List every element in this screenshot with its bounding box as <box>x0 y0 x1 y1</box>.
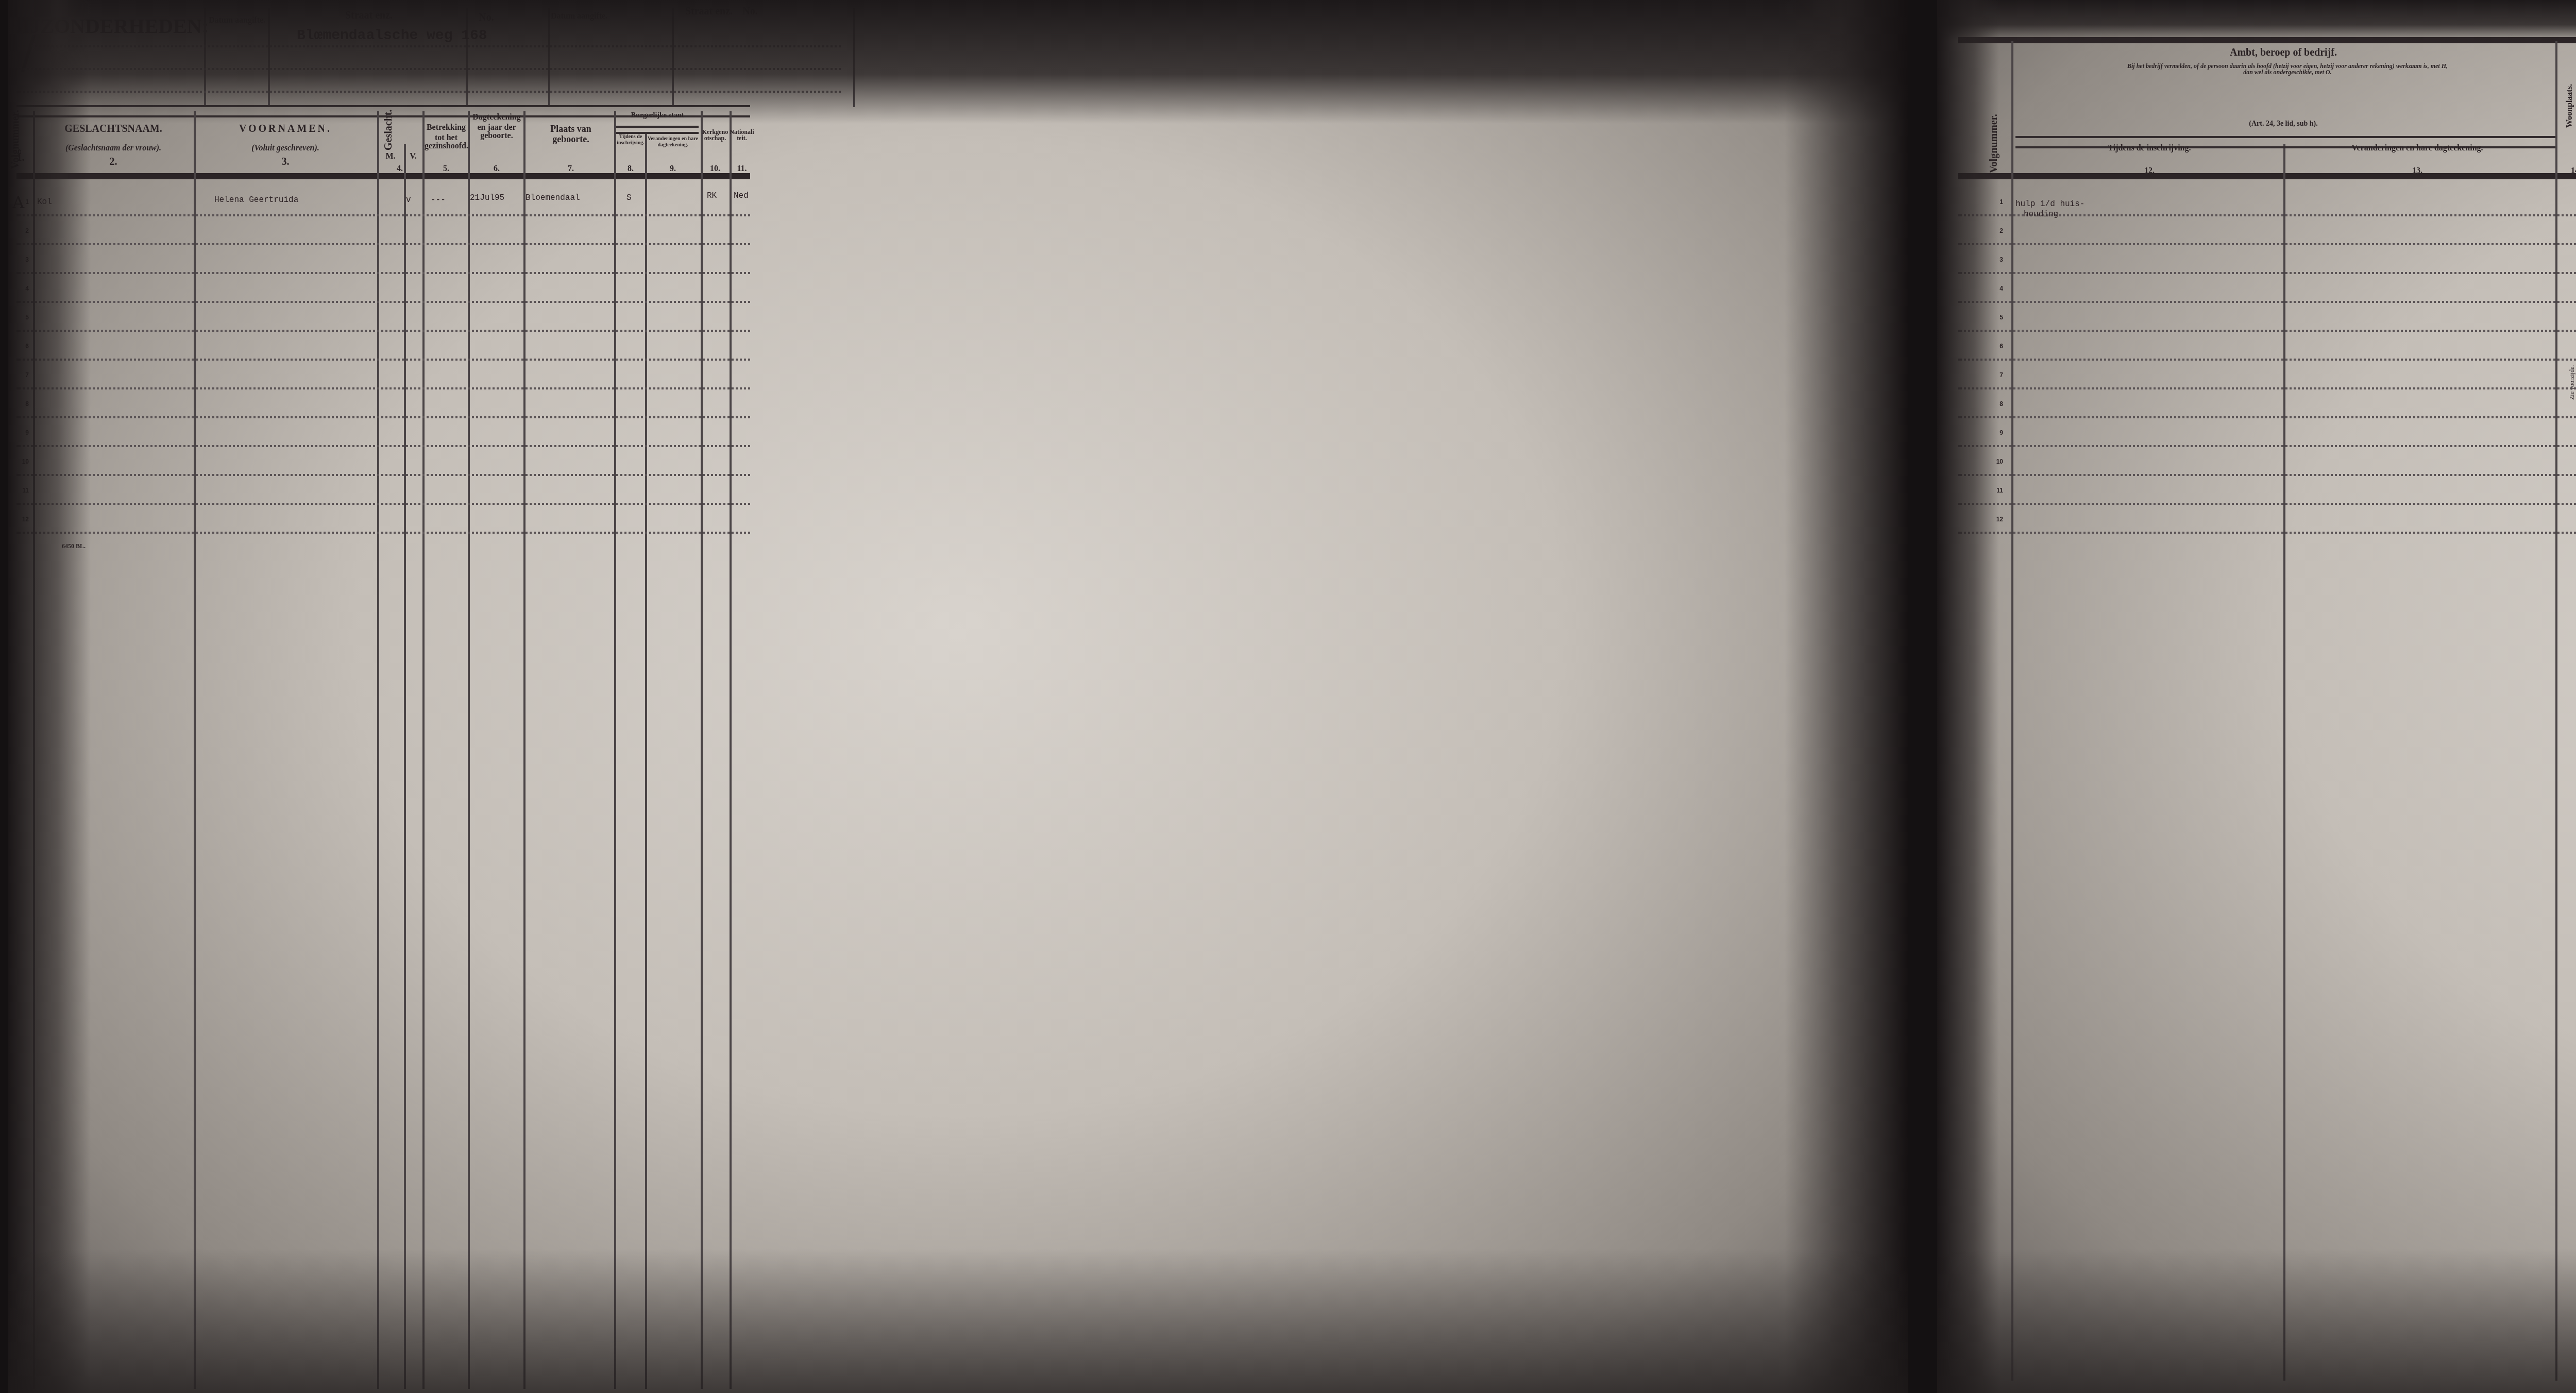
geslacht-value: v <box>406 198 411 206</box>
kerkgenootschap-header: Kerkgenootschap. <box>701 130 730 144</box>
voornamen-value: Helena Geertruida <box>214 198 298 206</box>
col4-num: 4. <box>377 163 422 173</box>
woonplaats-header: Woonplaats. <box>2564 84 2574 128</box>
betrekking-value: --- <box>431 198 446 206</box>
col10-num: 10. <box>701 163 730 173</box>
col13-num: 13. <box>2287 165 2547 175</box>
ambt-title: Ambt, beroep of bedrijf. <box>2020 49 2547 61</box>
geboortedatum-value: 21Jul95 <box>470 196 504 204</box>
beroep-value-line1: hulp i/d huis- <box>2015 202 2084 210</box>
col14-num: 14. <box>2555 165 2576 175</box>
kerkgenootschap-value: RK <box>707 194 717 202</box>
nationaliteit-header: Nationaliteit. <box>730 130 754 144</box>
right-page: Volgnummer. Ambt, beroep of bedrijf. Bij… <box>1937 0 2576 1393</box>
geslacht-m: M. <box>377 152 404 162</box>
geboorteplaats-header: Plaats van geboorte. <box>536 124 606 145</box>
beroep-value-line2: houding <box>2024 212 2058 220</box>
register-spread: BIJZONDERHEDEN: / Datum aangifte. Straat… <box>0 0 2576 1393</box>
betrekking-header: Betrekking tot het gezinshoofd. <box>425 124 468 152</box>
tijdens-inschrijving-header: Tijdens de inschrijving. <box>616 136 645 148</box>
col3-num: 3. <box>194 159 377 169</box>
col5-num: 5. <box>425 163 468 173</box>
col6-num: 6. <box>470 163 523 173</box>
geslacht-v: V. <box>404 152 422 162</box>
left-page: BIJZONDERHEDEN: / Datum aangifte. Straat… <box>8 0 1908 1393</box>
voornamen-header: VOORNAMEN. <box>194 126 377 138</box>
col8-num: 8. <box>616 163 645 173</box>
burgerlijke-stant-value: S <box>626 196 632 204</box>
tijdens-inschrijving-header: Tijdens de inschrijving. <box>2020 144 2279 154</box>
woonplaats-note: Zie voorzijde. <box>2568 365 2576 400</box>
col11-num: 11. <box>730 163 754 173</box>
ambt-art: (Art. 24, 3e lid, sub h). <box>2020 120 2547 128</box>
veranderingen-header: Veranderingen en hare dagteekening. <box>645 138 701 150</box>
ambt-note: Bij het bedrijf vermelden, of de persoon… <box>2123 64 2452 78</box>
col12-num: 12. <box>2020 165 2279 175</box>
col7-num: 7. <box>536 163 606 173</box>
nationaliteit-value: Ned <box>734 194 749 202</box>
voornamen-sub: (Voluit geschreven). <box>194 144 377 154</box>
col9-num: 9. <box>645 163 701 173</box>
geboorteplaats-value: Bloemendaal <box>526 196 580 204</box>
veranderingen-header: Veranderingen en hare dagteekening. <box>2287 144 2547 154</box>
